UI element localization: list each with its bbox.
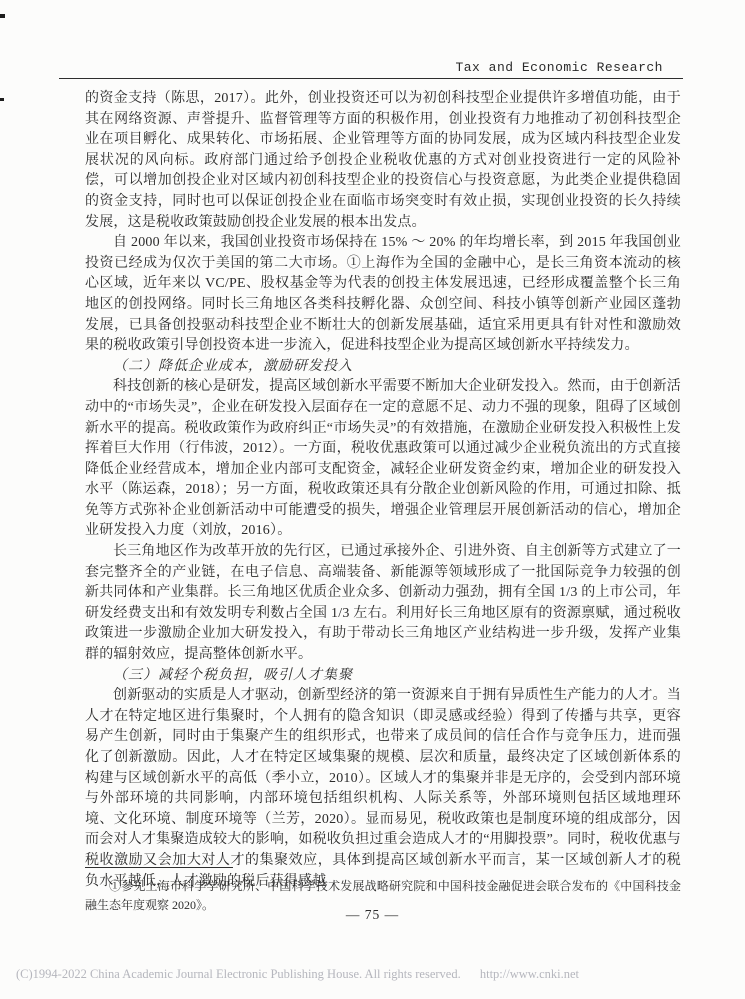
header-rule bbox=[59, 78, 683, 79]
watermark: (C)1994-2022 China Academic Journal Elec… bbox=[16, 967, 579, 982]
footnote-divider bbox=[85, 867, 233, 868]
watermark-copyright: (C)1994-2022 China Academic Journal Elec… bbox=[16, 967, 461, 981]
body-paragraph: 自 2000 年以来，我国创业投资市场保持在 15% ～ 20% 的年均增长率，… bbox=[85, 233, 681, 357]
running-header: Tax and Economic Research bbox=[59, 60, 683, 79]
body-paragraph: 科技创新的核心是研发，提高区域创新水平需要不断加大企业研发投入。然而，由于创新活… bbox=[85, 377, 681, 542]
scan-artifact bbox=[0, 98, 4, 101]
journal-title-english: Tax and Economic Research bbox=[59, 60, 683, 75]
body-text: 的资金支持（陈思，2017）。此外，创业投资还可以为初创科技型企业提供许多增值功… bbox=[85, 89, 681, 892]
section-heading: （三）减轻个税负担，吸引人才集聚 bbox=[85, 666, 681, 687]
section-heading: （二）降低企业成本，激励研发投入 bbox=[85, 357, 681, 378]
body-paragraph: 长三角地区作为改革开放的先行区，已通过承接外企、引进外资、自主创新等方式建立了一… bbox=[85, 542, 681, 666]
body-paragraph: 的资金支持（陈思，2017）。此外，创业投资还可以为初创科技型企业提供许多增值功… bbox=[85, 89, 681, 233]
watermark-url: http://www.cnki.net bbox=[480, 967, 579, 981]
document-page: Tax and Economic Research 的资金支持（陈思，2017）… bbox=[0, 0, 745, 999]
scan-artifact bbox=[0, 14, 5, 18]
page-number: — 75 — bbox=[0, 907, 745, 923]
body-paragraph: 创新驱动的实质是人才驱动，创新型经济的第一资源来自于拥有异质性生产能力的人才。当… bbox=[85, 686, 681, 892]
